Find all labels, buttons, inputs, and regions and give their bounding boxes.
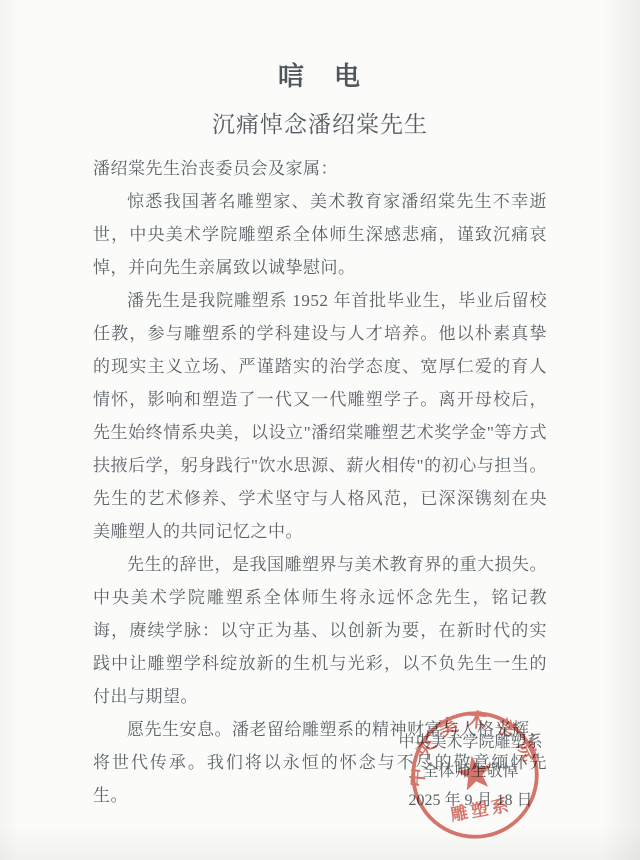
star-icon [454,753,494,792]
salutation: 潘绍棠先生治丧委员会及家属： [93,152,547,185]
official-seal: 中央美术学院 雕塑系 [400,700,551,851]
letter-subtitle: 沉痛悼念潘绍棠先生 [0,93,640,139]
scanned-condolence-letter: { "letter": { "title": "唁 电", "subtitle"… [0,0,640,860]
paragraph: 潘先生是我院雕塑系 1952 年首批毕业生，毕业后留校任教，参与雕塑系的学科建设… [93,284,547,548]
paragraph: 先生的辞世，是我国雕塑界与美术教育界的重大损失。中央美术学院雕塑系全体师生将永远… [93,548,547,713]
paragraph: 惊悉我国著名雕塑家、美术教育家潘绍棠先生不幸逝世，中央美术学院雕塑系全体师生深感… [93,185,547,284]
letter-title: 唁 电 [0,0,640,93]
seal-bottom-text: 雕塑系 [449,794,513,824]
